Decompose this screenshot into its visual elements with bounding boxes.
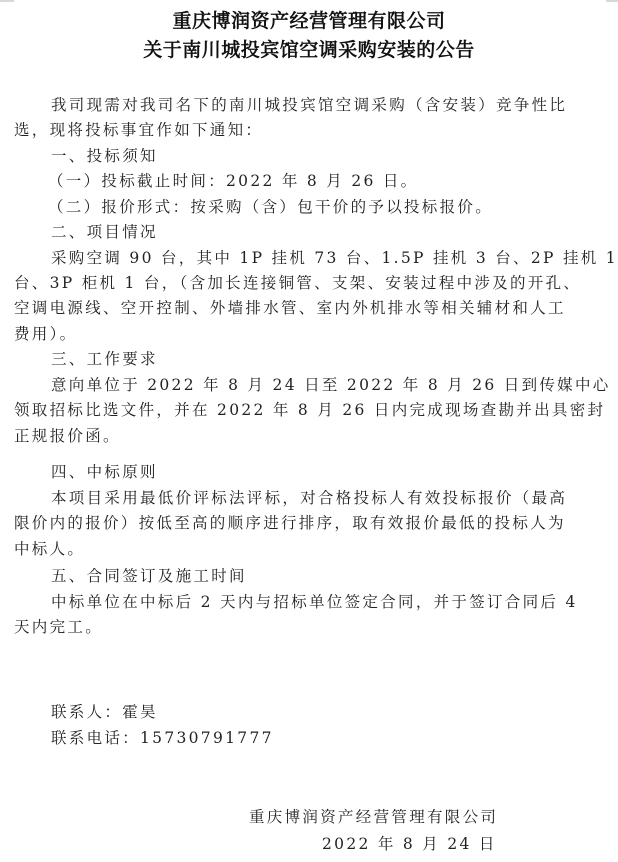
- paragraph-line: 中标单位在中标后 2 天内与招标单位签定合同，并于签订合同后 4: [51, 592, 578, 612]
- corner-crop-mark: [0, 0, 14, 2]
- signature-date: 2022 年 8 月 24 日: [322, 832, 497, 854]
- list-item: （一）投标截止时间：2022 年 8 月 26 日。: [48, 171, 418, 191]
- document-title-subject: 关于南川城投宾馆空调采购安装的公告: [0, 35, 618, 62]
- section-heading: 一、投标须知: [51, 146, 158, 166]
- paragraph-line: 费用）。: [14, 324, 77, 344]
- contact-person: 联系人：霍昊: [51, 702, 158, 722]
- paragraph-line: 中标人。: [14, 539, 85, 559]
- paragraph-line: 意向单位于 2022 年 8 月 24 日至 2022 年 8 月 26 日到传…: [51, 375, 618, 395]
- contact-phone: 联系电话：15730791777: [51, 728, 274, 748]
- paragraph-line: 采购空调 90 台，其中 1P 挂机 73 台、1.5P 挂机 3 台、2P 挂…: [51, 248, 618, 268]
- paragraph-line: 本项目采用最低价评标法评标，对合格投标人有效投标报价（最高: [51, 488, 567, 508]
- section-heading: 二、项目情况: [51, 222, 158, 242]
- list-item: （二）报价形式：按采购（含）包干价的予以投标报价。: [48, 197, 493, 217]
- paragraph-line: 限价内的报价）按低至高的顺序进行排序，取有效报价最低的投标人为: [14, 513, 566, 533]
- section-heading: 三、工作要求: [51, 349, 158, 369]
- paragraph-line: 正规报价函。: [14, 426, 121, 446]
- paragraph-line: 空调电源线、空开控制、外墙排水管、室内外机排水等相关辅材和人工: [14, 298, 566, 318]
- section-heading: 四、中标原则: [51, 462, 158, 482]
- intro-line: 我司现需对我司名下的南川城投宾馆空调采购（含安装）竞争性比: [51, 95, 567, 115]
- section-heading: 五、合同签订及施工时间: [51, 566, 247, 586]
- document-title-company: 重庆博润资产经营管理有限公司: [0, 6, 618, 33]
- corner-crop-mark: [606, 0, 618, 2]
- paragraph-line: 台、3P 柜机 1 台，（含加长连接铜管、支架、安装过程中涉及的开孔、: [14, 273, 581, 293]
- intro-line: 选，现将投标事宜作如下通知：: [14, 120, 263, 140]
- signature-company: 重庆博润资产经营管理有限公司: [249, 805, 498, 827]
- paragraph-line: 领取招标比选文件，并在 2022 年 8 月 26 日内完成现场查勘并出具密封: [14, 400, 605, 420]
- paragraph-line: 天内完工。: [14, 617, 103, 637]
